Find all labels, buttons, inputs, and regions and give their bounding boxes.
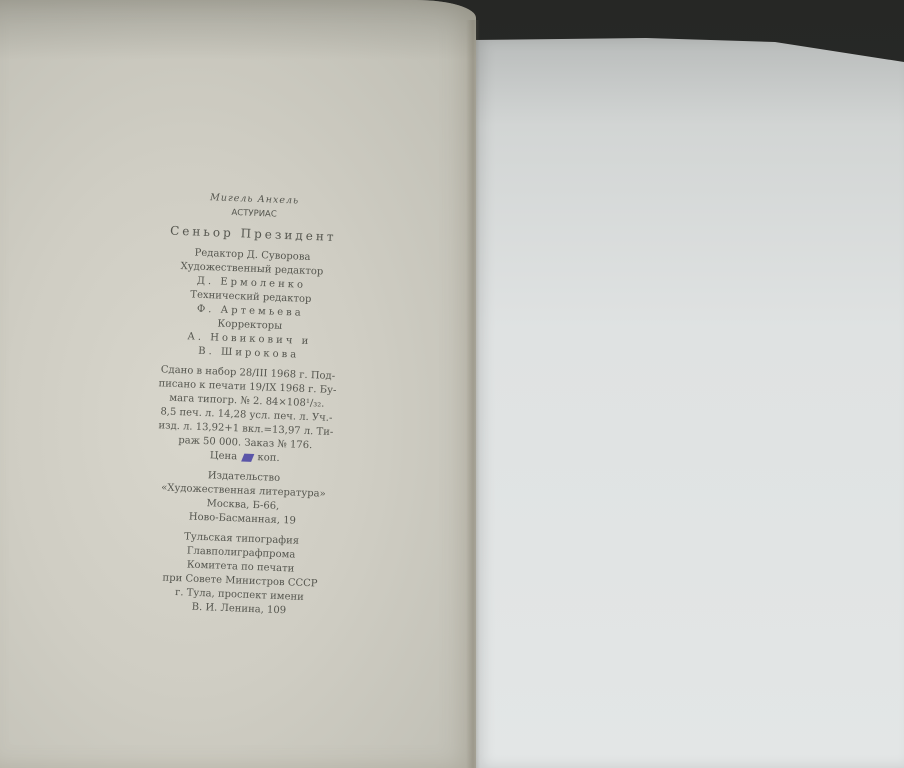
book-title: Сеньор Президент <box>128 222 378 246</box>
colophon-block: Мигель Анхель АСТУРИАС Сеньор Президент … <box>113 188 379 627</box>
publisher-group: Издательство «Художественная литература»… <box>117 466 369 532</box>
price-stamp-mark <box>241 453 254 461</box>
printer-group: Тульская типография Главполиграфпрома Ко… <box>114 528 367 622</box>
editors-group: Редактор Д. Суворова Художественный реда… <box>124 244 378 366</box>
book-gutter <box>466 20 480 768</box>
right-blank-page <box>474 38 904 768</box>
price-label: Цена <box>210 450 238 462</box>
page-top-shadow <box>0 0 476 60</box>
printing-details: Сдано в набор 28/III 1968 г. Под- писано… <box>120 362 374 470</box>
price-unit: коп. <box>257 452 280 464</box>
